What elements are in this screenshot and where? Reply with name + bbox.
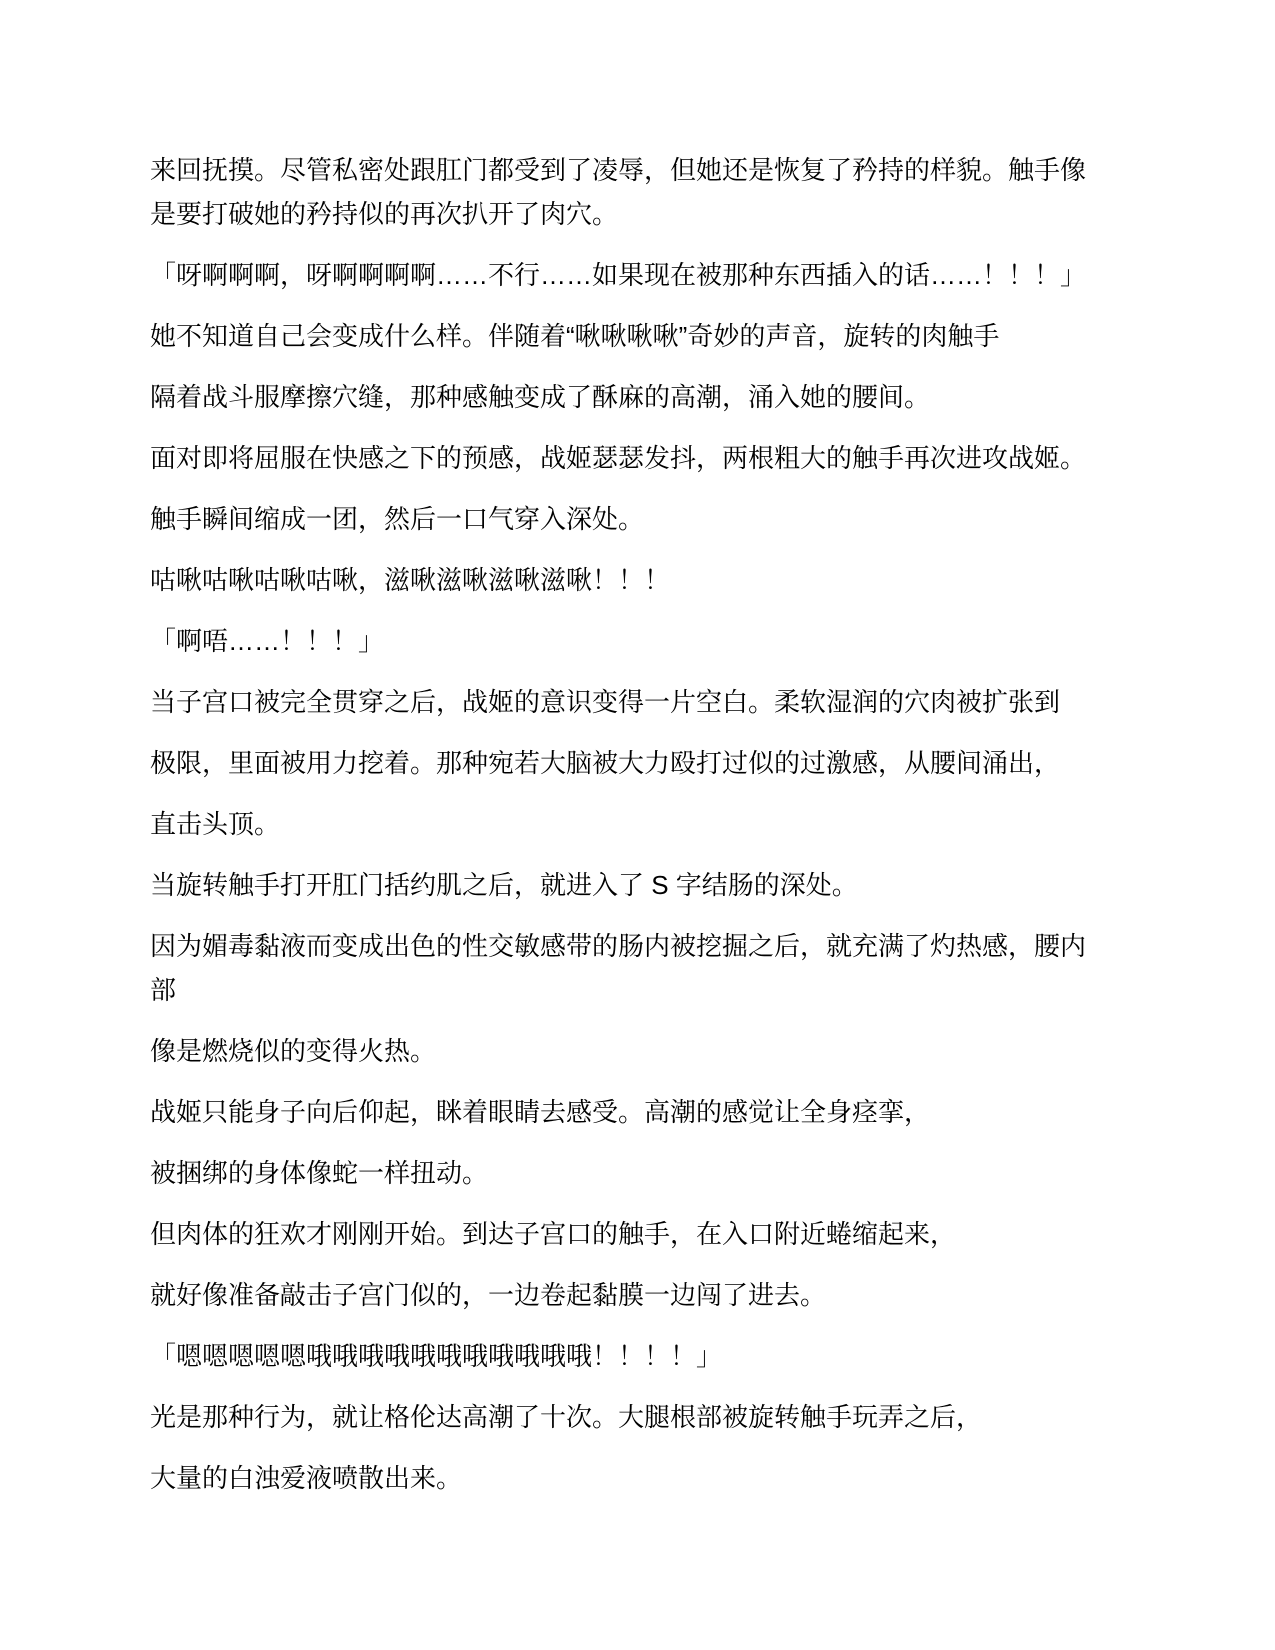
paragraph: 当子宫口被完全贯穿之后，战姬的意识变得一片空白。柔软湿润的穴肉被扩张到 [150,680,1130,724]
document-body: 来回抚摸。尽管私密处跟肛门都受到了凌辱，但她还是恢复了矜持的样貌。触手像 是要打… [150,148,1130,1517]
text-line: 就好像准备敲击子宫门似的，一边卷起黏膜一边闯了进去。 [150,1273,1130,1317]
paragraph: 战姬只能身子向后仰起，眯着眼睛去感受。高潮的感觉让全身痉挛， [150,1090,1130,1134]
text-line: 当子宫口被完全贯穿之后，战姬的意识变得一片空白。柔软湿润的穴肉被扩张到 [150,680,1130,724]
text-line: 她不知道自己会变成什么样。伴随着“啾啾啾啾”奇妙的声音，旋转的肉触手 [150,314,1130,358]
paragraph: 触手瞬间缩成一团，然后一口气穿入深处。 [150,497,1130,541]
text-line: 来回抚摸。尽管私密处跟肛门都受到了凌辱，但她还是恢复了矜持的样貌。触手像 [150,148,1130,192]
text-line: 直击头顶。 [150,802,1130,846]
text-line: 咕啾咕啾咕啾咕啾，滋啾滋啾滋啾滋啾！！！ [150,558,1130,602]
text-line: 面对即将屈服在快感之下的预感，战姬瑟瑟发抖，两根粗大的触手再次进攻战姬。 [150,436,1130,480]
paragraph: 面对即将屈服在快感之下的预感，战姬瑟瑟发抖，两根粗大的触手再次进攻战姬。 [150,436,1130,480]
paragraph: 「嗯嗯嗯嗯嗯哦哦哦哦哦哦哦哦哦哦哦！！！！」 [150,1334,1130,1378]
paragraph: 极限，里面被用力挖着。那种宛若大脑被大力殴打过似的过激感，从腰间涌出， [150,741,1130,785]
paragraph: 但肉体的狂欢才刚刚开始。到达子宫口的触手，在入口附近蜷缩起来， [150,1212,1130,1256]
paragraph: 隔着战斗服摩擦穴缝，那种感触变成了酥麻的高潮，涌入她的腰间。 [150,375,1130,419]
paragraph: 当旋转触手打开肛门括约肌之后，就进入了 S 字结肠的深处。 [150,863,1130,907]
paragraph: 来回抚摸。尽管私密处跟肛门都受到了凌辱，但她还是恢复了矜持的样貌。触手像 是要打… [150,148,1130,236]
paragraph: 她不知道自己会变成什么样。伴随着“啾啾啾啾”奇妙的声音，旋转的肉触手 [150,314,1130,358]
paragraph: 「呀啊啊啊，呀啊啊啊啊……不行……如果现在被那种东西插入的话……！！！」 [150,253,1130,297]
paragraph: 因为媚毒黏液而变成出色的性交敏感带的肠内被挖掘之后，就充满了灼热感，腰内 部 [150,924,1130,1012]
text-line: 触手瞬间缩成一团，然后一口气穿入深处。 [150,497,1130,541]
text-line: 因为媚毒黏液而变成出色的性交敏感带的肠内被挖掘之后，就充满了灼热感，腰内 [150,924,1130,968]
text-line: 极限，里面被用力挖着。那种宛若大脑被大力殴打过似的过激感，从腰间涌出， [150,741,1130,785]
text-line: 战姬只能身子向后仰起，眯着眼睛去感受。高潮的感觉让全身痉挛， [150,1090,1130,1134]
text-line: 大量的白浊爱液喷散出来。 [150,1456,1130,1500]
paragraph: 像是燃烧似的变得火热。 [150,1029,1130,1073]
text-line: 是要打破她的矜持似的再次扒开了肉穴。 [150,192,1130,236]
text-line: 「啊唔……！！！」 [150,619,1130,663]
text-line: 隔着战斗服摩擦穴缝，那种感触变成了酥麻的高潮，涌入她的腰间。 [150,375,1130,419]
text-line: 光是那种行为，就让格伦达高潮了十次。大腿根部被旋转触手玩弄之后， [150,1395,1130,1439]
text-line: 被捆绑的身体像蛇一样扭动。 [150,1151,1130,1195]
paragraph: 「啊唔……！！！」 [150,619,1130,663]
text-line: 当旋转触手打开肛门括约肌之后，就进入了 S 字结肠的深处。 [150,863,1130,907]
paragraph: 就好像准备敲击子宫门似的，一边卷起黏膜一边闯了进去。 [150,1273,1130,1317]
text-line: 「呀啊啊啊，呀啊啊啊啊……不行……如果现在被那种东西插入的话……！！！」 [150,253,1130,297]
document-page: 来回抚摸。尽管私密处跟肛门都受到了凌辱，但她还是恢复了矜持的样貌。触手像 是要打… [0,0,1275,1650]
text-line: 但肉体的狂欢才刚刚开始。到达子宫口的触手，在入口附近蜷缩起来， [150,1212,1130,1256]
paragraph: 咕啾咕啾咕啾咕啾，滋啾滋啾滋啾滋啾！！！ [150,558,1130,602]
text-line: 像是燃烧似的变得火热。 [150,1029,1130,1073]
text-line: 部 [150,968,1130,1012]
paragraph: 大量的白浊爱液喷散出来。 [150,1456,1130,1500]
paragraph: 被捆绑的身体像蛇一样扭动。 [150,1151,1130,1195]
paragraph: 光是那种行为，就让格伦达高潮了十次。大腿根部被旋转触手玩弄之后， [150,1395,1130,1439]
text-line: 「嗯嗯嗯嗯嗯哦哦哦哦哦哦哦哦哦哦哦！！！！」 [150,1334,1130,1378]
paragraph: 直击头顶。 [150,802,1130,846]
